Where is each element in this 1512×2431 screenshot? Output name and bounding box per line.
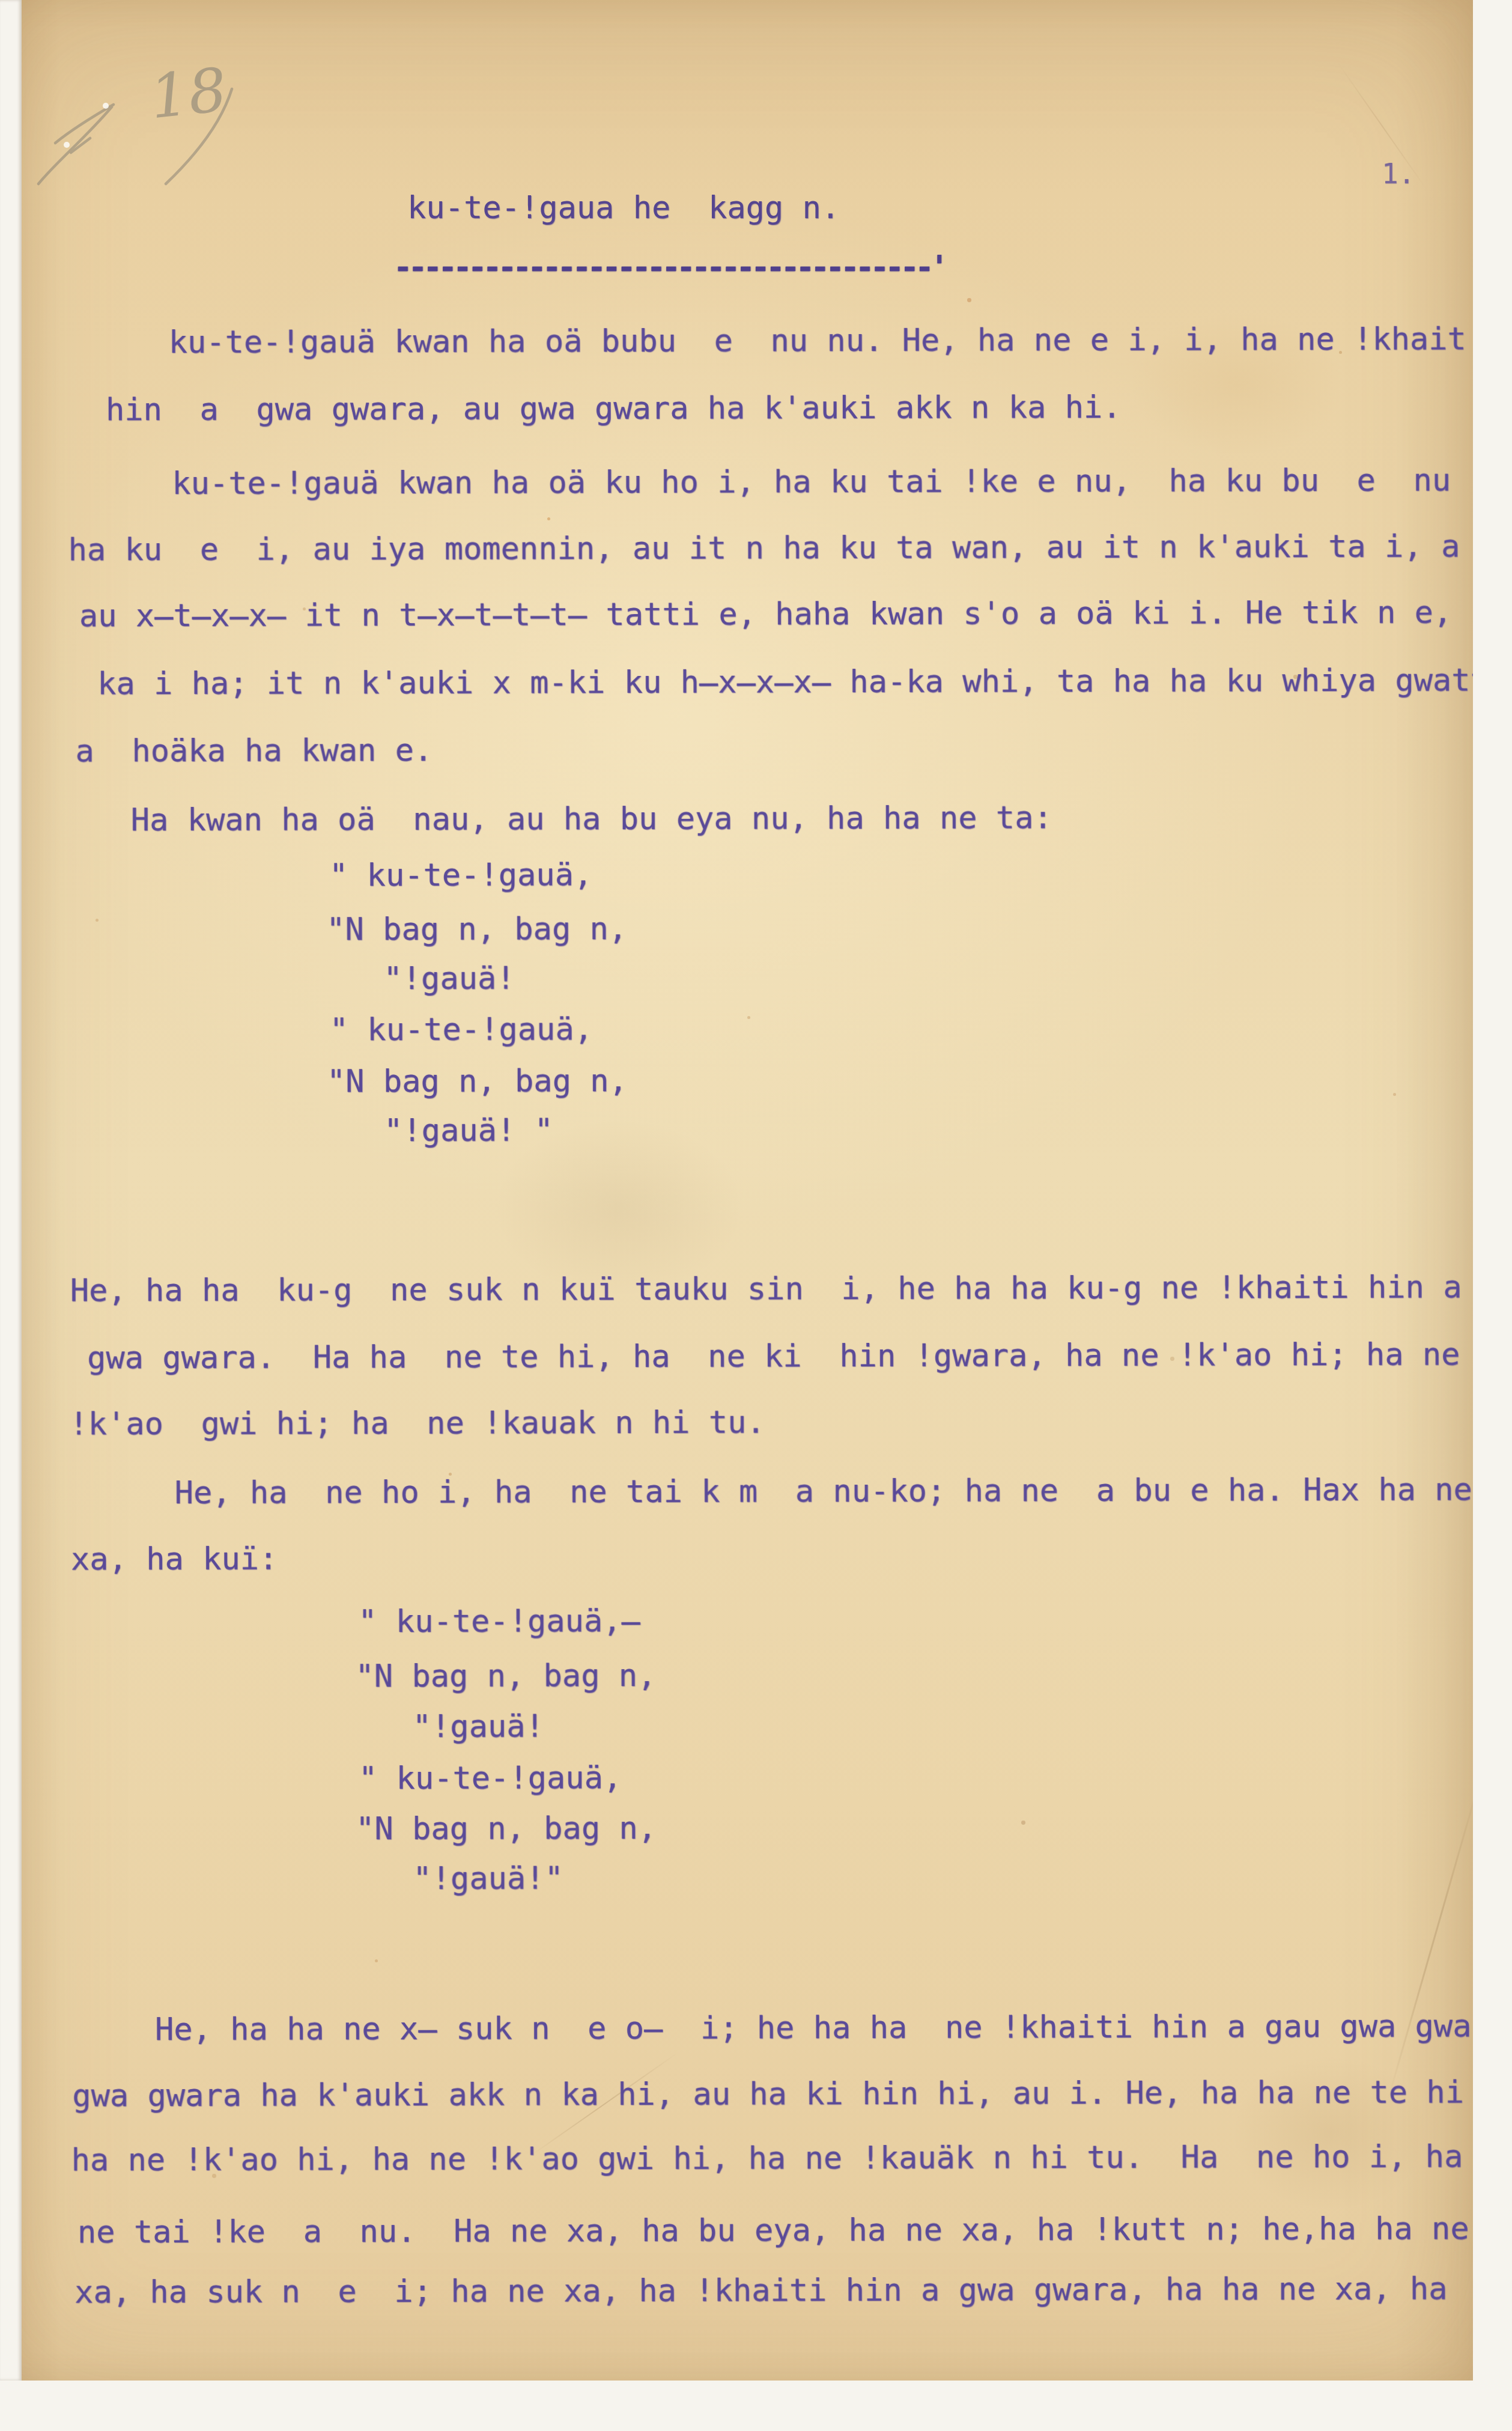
text-line: !k'ao gwi hi; ha ne !kauak n hi tu.	[69, 1404, 765, 1442]
scanned-page: 18 1. ku-te-!gaua he kagg n. -----------…	[0, 0, 1512, 2431]
scan-edge-right	[1473, 0, 1512, 2431]
title-underline-rule: ------------------------------------'	[393, 249, 945, 285]
text-line: " ku-te-!gauä,	[330, 1011, 593, 1048]
text-line: xa, ha kuï:	[71, 1541, 278, 1578]
text-line: "N bag n, bag n,	[355, 1658, 656, 1694]
text-line: "N bag n, bag n,	[356, 1810, 657, 1847]
text-line: xa, ha suk n e i; ha ne xa, ha !khaiti h…	[74, 2271, 1448, 2310]
text-line: ku-te-!gauä kwan ha oä bubu e nu nu. He,…	[169, 321, 1466, 361]
text-line: au x̶t̶x̶x̶ it n t̶x̶t̶t̶t̶ tatti e, hah…	[79, 594, 1512, 634]
page-number: 1.	[1382, 157, 1415, 190]
text-line: He, ha ne ho i, ha ne tai k m a nu-ko; h…	[175, 1471, 1472, 1511]
text-line: He, ha ha ku-g ne suk n kuï tauku sin i,…	[70, 1269, 1462, 1309]
text-line: Ha kwan ha oä nau, au ha bu eya nu, ha h…	[131, 800, 1052, 838]
text-line: "!gauä!"	[413, 1860, 563, 1897]
scan-edge-bottom	[0, 2381, 1512, 2431]
text-line: "N bag n, bag n,	[327, 1063, 628, 1100]
text-layer: ku-te-!gauä kwan ha oä bubu e nu nu. He,…	[0, 0, 1479, 2381]
text-line: ha ne !k'ao hi, ha ne !k'ao gwi hi, ha n…	[71, 2138, 1463, 2178]
text-line: hin a gwa gwara, au gwa gwara ha k'auki …	[106, 389, 1122, 428]
text-line: " ku-te-!gauä,	[329, 857, 592, 893]
text-line: gwa gwara ha k'auki akk n ka hi, au ha k…	[72, 2074, 1464, 2114]
paper-sheet: 18 1. ku-te-!gaua he kagg n. -----------…	[0, 0, 1473, 2381]
text-line: "!gauä!	[413, 1708, 544, 1745]
text-line: ka i ha; it n k'auki x m-ki ku h̶x̶x̶x̶ …	[97, 662, 1512, 702]
text-line: a hoäka ha kwan e.	[75, 732, 433, 770]
text-line: ku-te-!gauä kwan ha oä ku ho i, ha ku ta…	[172, 462, 1451, 502]
text-line: ha ku e i, au iya momennin, au it n ha k…	[68, 528, 1460, 568]
text-line: gwa gwara. Ha ha ne te hi, ha ne ki hin …	[87, 1336, 1460, 1376]
text-line: "!gauä! "	[384, 1112, 553, 1149]
text-line: " ku-te-!gauä,	[359, 1760, 622, 1797]
scan-edge-left	[0, 0, 22, 2381]
text-line: " ku-te-!gauä,̶	[358, 1603, 640, 1640]
text-line: "!gauä!	[383, 961, 515, 997]
text-line: "N bag n, bag n,	[326, 911, 627, 948]
text-line: He, ha ha ne x̶ suk n e o̶ i; he ha ha n…	[155, 2008, 1509, 2048]
text-line: ne tai !ke a nu. Ha ne xa, ha bu eya, ha…	[77, 2210, 1469, 2250]
document-title: ku-te-!gaua he kagg n.	[407, 190, 840, 226]
